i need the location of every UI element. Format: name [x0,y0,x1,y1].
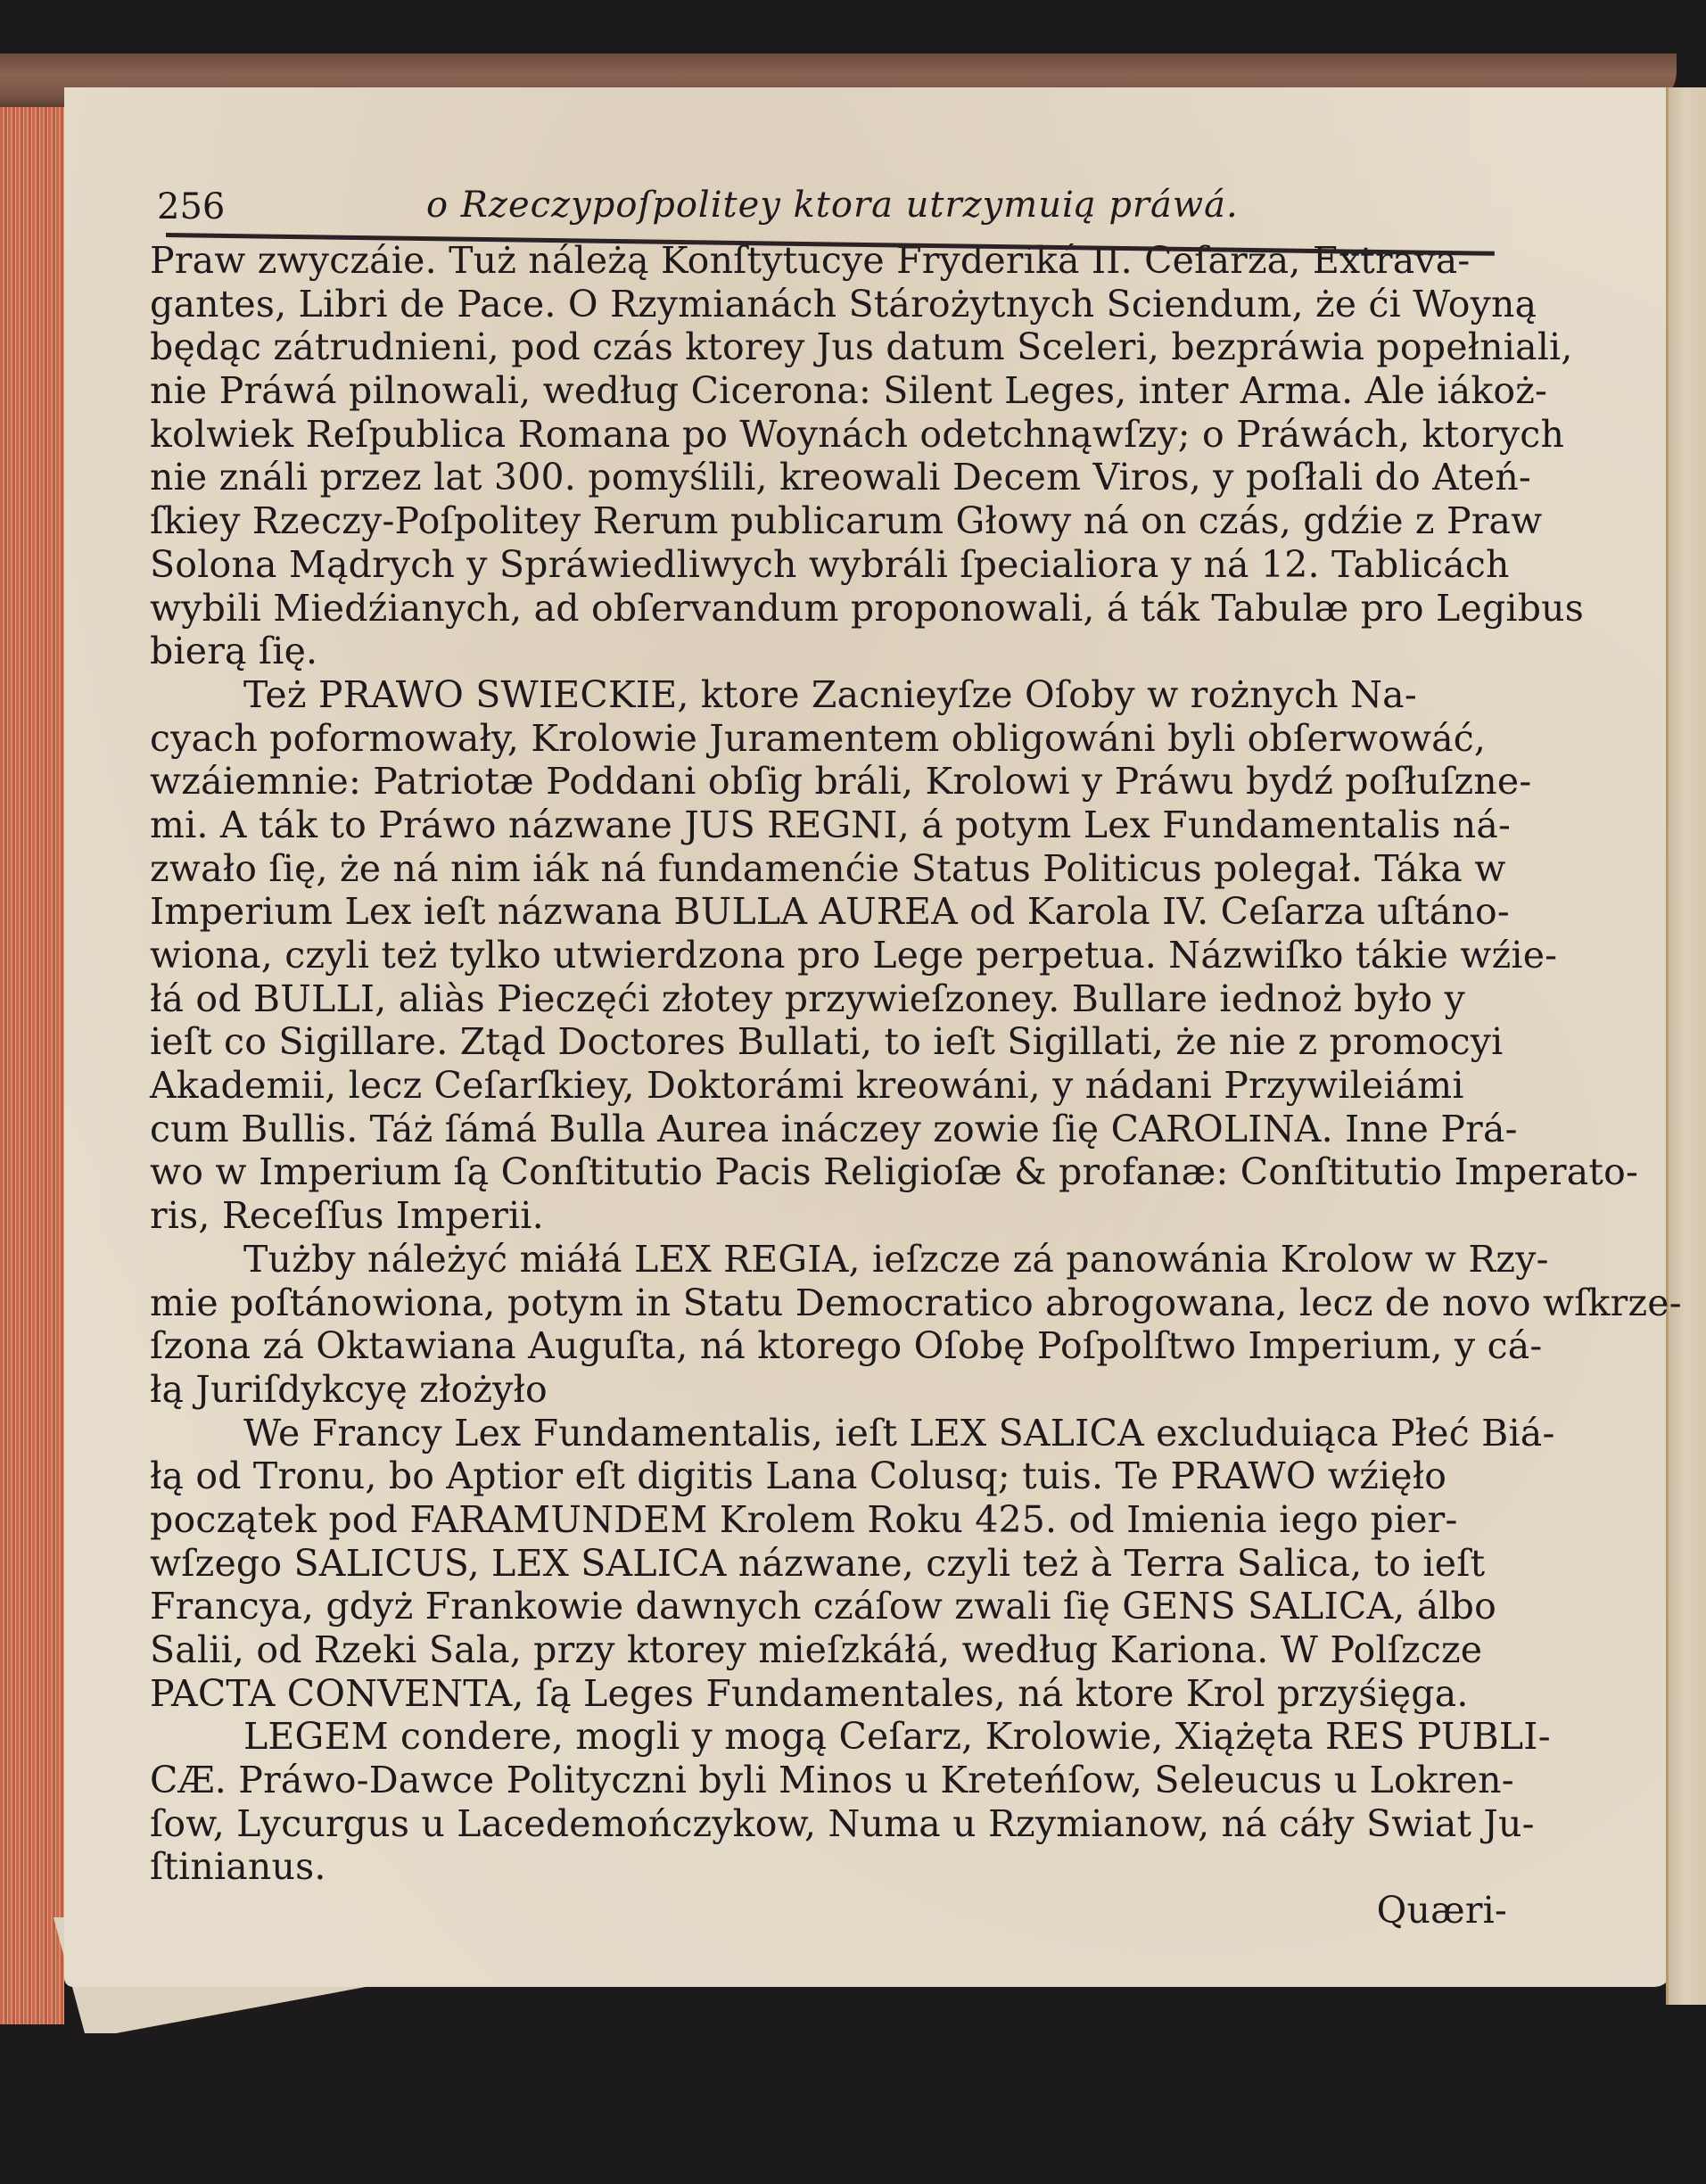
text-line: gantes, Libri de Pace. O Rzymianách Stár… [150,283,1621,326]
running-head-title: o Rzeczypoſpolitey ktora utrzymuią práwá… [426,185,1239,226]
text-line: łą od Tronu, bo Aptior eſt digitis Lana … [150,1455,1621,1498]
text-line: będąc zátrudnieni, pod czás ktorey Jus d… [150,326,1621,369]
running-head: 256 o Rzeczypoſpolitey ktora utrzymuią p… [150,174,1621,227]
text-line: ieſt co Sigillare. Ztąd Doctores Bullati… [150,1020,1621,1064]
text-line: wybili Miedźianych, ad obſervandum propo… [150,587,1621,630]
text-line: kolwiek Reſpublica Romana po Woynách ode… [150,413,1621,457]
catchword: Quæri- [150,1889,1621,1933]
text-line: ſkiey Rzeczy-Poſpolitey Rerum publicarum… [150,499,1621,543]
page-gutter [1666,87,1706,2005]
text-line: łą Juriſdykcyę złożyło [150,1368,1621,1412]
text-line: wſzego SALICUS, LEX SALICA názwane, czyl… [150,1542,1621,1586]
text-line: Akademii, lecz Ceſarſkiey, Doktorámi kre… [150,1064,1621,1108]
paragraph-start-line: Też PRAWO SWIECKIE, ktore Zacnieyſze Oſo… [150,673,1621,717]
text-line: Francya, gdyż Frankowie dawnych czáſow z… [150,1585,1621,1628]
text-line: wzáiemnie: Patriotæ Poddani obſig bráli,… [150,760,1621,804]
text-line: Salii, od Rzeki Sala, przy ktorey mieſzk… [150,1628,1621,1672]
paragraph-start-line: LEGEM condere, mogli y mogą Ceſarz, Krol… [150,1715,1621,1759]
text-line: mi. A ták to Práwo názwane JUS REGNI, á … [150,804,1621,847]
text-line: nie ználi przez lat 300. pomyślili, kreo… [150,456,1621,499]
text-line: wiona, czyli też tylko utwierdzona pro L… [150,934,1621,977]
text-line: zwało ſię, że ná nim iák ná fundamenćie … [150,847,1621,891]
page-number: 256 [157,186,225,227]
text-line: ſtinianus. [150,1845,1621,1889]
text-line: ſow, Lycurgus u Lacedemończykow, Numa u … [150,1802,1621,1846]
text-line: nie Práwá pilnowali, według Cicerona: Si… [150,369,1621,413]
text-line: wo w Imperium ſą Conſtitutio Pacis Relig… [150,1150,1621,1194]
text-line: cyach poformowały, Krolowie Juramentem o… [150,717,1621,761]
text-line: PACTA CONVENTA, ſą Leges Fundamentales, … [150,1672,1621,1716]
text-line: CÆ. Práwo-Dawce Polityczni byli Minos u … [150,1759,1621,1802]
text-line: ſzona zá Oktawiana Auguſta, ná ktorego O… [150,1324,1621,1368]
text-line: łá od BULLI, aliàs Pieczęći złotey przyw… [150,977,1621,1021]
page-fore-edge [0,62,64,2024]
paragraph-start-line: Tużby náleżyć miáłá LEX REGIA, ieſzcze z… [150,1238,1621,1282]
text-line: Imperium Lex ieſt názwana BULLA AUREA od… [150,890,1621,934]
text-line: cum Bullis. Táż ſámá Bulla Aurea ináczey… [150,1108,1621,1151]
text-block: 256 o Rzeczypoſpolitey ktora utrzymuią p… [150,174,1621,1933]
text-line: ris, Receſſus Imperii. [150,1194,1621,1238]
text-line: Solona Mądrych y Spráwiedliwych wybráli … [150,543,1621,587]
paragraph-start-line: We Francy Lex Fundamentalis, ieſt LEX SA… [150,1412,1621,1455]
text-line: bierą ſię. [150,630,1621,673]
text-line: początek pod FARAMUNDEM Krolem Roku 425.… [150,1498,1621,1542]
text-line: mie poſtánowiona, potym in Statu Democra… [150,1282,1621,1325]
